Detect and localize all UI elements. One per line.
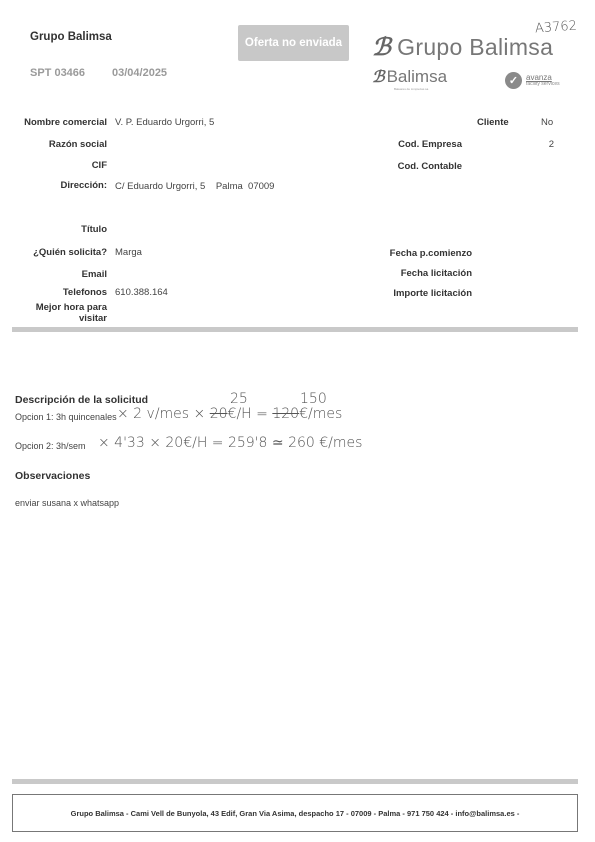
document-date: 03/04/2025	[112, 67, 167, 79]
label-telefonos: Telefonos	[63, 287, 107, 298]
option-1: Opcion 1: 3h quincenales	[15, 412, 117, 422]
avanza-logo: ✓ avanza facility services	[505, 72, 560, 89]
label-direccion: Dirección:	[61, 180, 107, 191]
option-1-correction-total: 150	[300, 391, 327, 407]
balimsa-b-icon: ℬ	[372, 33, 391, 62]
section-divider	[12, 327, 578, 332]
label-cif: CIF	[92, 160, 107, 171]
label-cliente: Cliente	[477, 117, 509, 128]
label-quien-solicita: ¿Quién solicita?	[33, 247, 107, 258]
grupo-balimsa-logo: ℬGrupo Balimsa	[372, 33, 553, 62]
value-cliente: No	[541, 117, 553, 128]
observations-title: Observaciones	[15, 470, 90, 482]
handwritten-reference: A3762	[535, 19, 578, 37]
label-razon-social: Razón social	[49, 139, 107, 150]
status-badge: Oferta no enviada	[238, 25, 349, 61]
avanza-check-icon: ✓	[505, 72, 522, 89]
label-importe-licitacion: Importe licitación	[393, 288, 472, 299]
company-name: Grupo Balimsa	[30, 31, 112, 43]
value-telefonos: 610.388.164	[115, 287, 168, 298]
document-code: SPT 03466	[30, 67, 85, 79]
value-direccion: C/ Eduardo Urgorri, 5 Palma 07009	[115, 181, 274, 192]
footer-divider	[12, 779, 578, 784]
balimsa-logo: ℬBalimsa Baleares de Limpiezas sa	[372, 67, 447, 87]
value-quien-solicita: Marga	[115, 247, 142, 258]
option-1-correction-rate: 25	[230, 391, 248, 407]
label-fecha-comienzo: Fecha p.comienzo	[390, 248, 472, 259]
label-cod-empresa: Cod. Empresa	[398, 139, 462, 150]
request-title: Descripción de la solicitud	[15, 394, 148, 406]
label-titulo: Título	[81, 224, 107, 235]
label-nombre-comercial: Nombre comercial	[24, 117, 107, 128]
label-cod-contable: Cod. Contable	[398, 161, 462, 172]
footer-address: Grupo Balimsa - Cami Vell de Bunyola, 43…	[12, 794, 578, 832]
value-cod-empresa: 2	[549, 139, 554, 150]
balimsa-b-icon: ℬ	[372, 67, 385, 87]
observations-text: enviar susana x whatsapp	[15, 498, 119, 508]
option-2: Opcion 2: 3h/sem	[15, 441, 86, 451]
option-1-handwritten: × 2 v/mes × 20€/H = 120€/mes	[117, 406, 342, 422]
label-fecha-licitacion: Fecha licitación	[401, 268, 472, 279]
option-2-handwritten: × 4'33 × 20€/H = 259'8 ≃ 260 €/mes	[98, 435, 362, 451]
label-mejor-hora: Mejor hora para visitar	[7, 302, 107, 324]
value-nombre-comercial: V. P. Eduardo Urgorri, 5	[115, 117, 214, 128]
label-email: Email	[82, 269, 107, 280]
